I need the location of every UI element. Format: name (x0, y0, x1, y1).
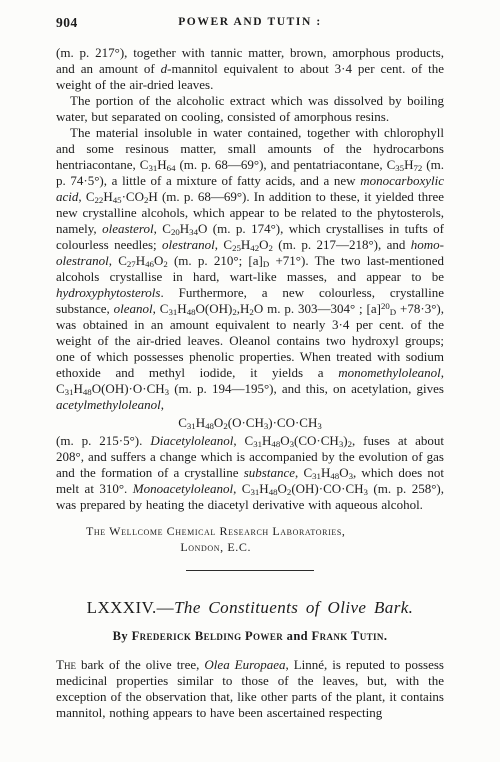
running-title: POWER AND TUTIN : (56, 16, 444, 28)
section-divider (186, 570, 314, 571)
address-block: The Wellcome Chemical Research Laborator… (86, 523, 345, 555)
author-name: Frederick Belding Power (132, 629, 284, 643)
page-header: 904 POWER AND TUTIN : (56, 14, 444, 32)
address-line: The Wellcome Chemical Research Laborator… (86, 523, 345, 539)
byline: By Frederick Belding Power and Frank Tut… (56, 628, 444, 644)
paragraph: The portion of the alcoholic extract whi… (56, 93, 444, 125)
byline-conjunction: and (283, 629, 311, 643)
author-name: Frank Tutin. (312, 629, 388, 643)
address-line: London, E.C. (86, 539, 345, 555)
byline-prefix: By (113, 629, 132, 643)
paragraph: (m. p. 215·5°). Diacetyloleanol, C31H48O… (56, 433, 444, 513)
paragraph-continuation: (m. p. 217°), together with tannic matte… (56, 45, 444, 93)
article-title-text: The Constituents of Olive Bark. (174, 598, 413, 617)
lead-word: The (56, 657, 76, 672)
displayed-formula: C31H48O2(O·CH3)·CO·CH3 (56, 414, 444, 432)
paragraph: The material insoluble in water containe… (56, 125, 444, 413)
journal-page: 904 POWER AND TUTIN : (m. p. 217°), toge… (0, 0, 500, 721)
article-title: LXXXIV.—The Constituents of Olive Bark. (56, 597, 444, 619)
opening-paragraph: The bark of the olive tree, Olea Europae… (56, 657, 444, 721)
article-number: LXXXIV.— (87, 598, 174, 617)
opening-paragraph-text: bark of the olive tree, Olea Europaea, L… (56, 657, 444, 720)
